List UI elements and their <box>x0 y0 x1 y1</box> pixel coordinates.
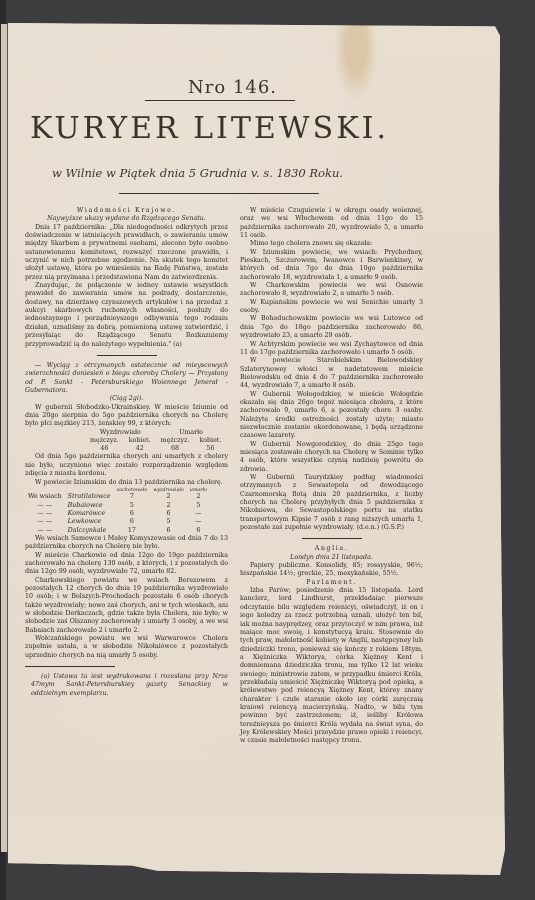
died-count: — <box>187 518 210 526</box>
died-count: 2 <box>187 493 210 501</box>
masthead-rule-top <box>145 100 295 101</box>
row-prefix: — — <box>25 518 65 526</box>
died-count: 6 <box>187 527 210 535</box>
table-row: We wsiach Stratilatowce 7 2 2 <box>25 493 210 501</box>
stats-subheader: mężczyz. <box>85 437 124 445</box>
paragraph: W powiecie Starobielskim Bielowodskiey S… <box>240 357 423 390</box>
paragraph: Wołczańskiego powiatu we wsi Warwarowce … <box>25 635 228 660</box>
izium-stats-table: Wyzdrowiało Umarło mężczyz. kobiet. mężc… <box>85 429 226 454</box>
paragraph: W Gubernii Wołogodzkiey, w mieście Wołog… <box>240 391 423 441</box>
cholera-report-intro: — Wyciąg z otrzymanych ostatecznie od mi… <box>25 362 228 395</box>
village-name: Lewkowce <box>65 518 114 526</box>
table-row: — — Lewkowce 6 5 — <box>25 518 210 526</box>
stats-value: 46 <box>85 445 124 453</box>
died-count: — <box>187 510 210 518</box>
stats-group-header: Wyzdrowiało <box>85 429 156 437</box>
parliament-text: Izba Parów; posiedzenie dnia 15 listopad… <box>240 587 423 746</box>
paragraph: We wsiach Samowce i Małey Komyszewasie o… <box>25 535 228 552</box>
masthead-rule-bottom <box>119 193 319 194</box>
stats-value: 42 <box>124 445 156 453</box>
paragraph: W Iziumskim powiecie, we wsiach: Prychod… <box>240 249 423 282</box>
row-prefix: — — <box>25 510 65 518</box>
paragraph: W mieście Czuguiewie i w okręgu osady wo… <box>240 207 423 240</box>
paragraph: Znaydując, że połączenie w iedney ustawi… <box>25 282 228 349</box>
section-title-england: Anglia. <box>240 545 423 553</box>
section-title-domestic-news: Wiadomości Krajowe. <box>25 207 228 215</box>
senate-decrees-subtitle: Naywyższe ukazy wydane do Rządzącego Sen… <box>25 215 228 223</box>
stats-subheader: kobiet. <box>194 437 226 445</box>
died-count: 5 <box>187 502 210 510</box>
dateline: w Wilnie w Piątek dnia 5 Grudnia v. s. 1… <box>52 166 343 180</box>
paragraph: W mieście Charkowie od dnia 12go do 19go… <box>25 552 228 577</box>
row-prefix: — — <box>25 527 65 535</box>
village-name: Stratilatowce <box>65 493 114 501</box>
paragraph: Charkowskiego powiatu we wsiach Berezowe… <box>25 577 228 635</box>
paragraph: W Achtyrskim powiecie we wsi Zychaytowce… <box>240 341 423 358</box>
paragraph: W gubernii Słobodzko-Ukraińskiey. W mieś… <box>25 404 228 429</box>
separator <box>97 355 157 356</box>
sick-count: 6 <box>114 510 151 518</box>
recovered-count: 5 <box>150 518 187 526</box>
paragraph: Dnia 17 października: „Dla niedogodności… <box>25 224 228 282</box>
stats-subheader: kobiet. <box>124 437 156 445</box>
footnote: (a) Ustawa ta iest wydrukowana i rozesła… <box>25 673 228 698</box>
sick-count: 6 <box>114 518 151 526</box>
newspaper-page: Nro 146. KURYER LITEWSKI. w Wilnie w Pią… <box>8 23 505 875</box>
recovered-count: 2 <box>150 493 187 501</box>
separator <box>302 538 362 539</box>
row-prefix: — — <box>25 502 65 510</box>
table-row: — — Dalczynkale 17 6 6 <box>25 527 210 535</box>
paragraph: W Charkowskim powiecie we wsi Osnowie za… <box>240 282 423 299</box>
table-row: — — Bubaiowce 5 2 5 <box>25 502 210 510</box>
footnote-separator <box>25 666 115 667</box>
london-dateline: Londyn dnia 21 listopada. <box>240 554 423 562</box>
village-name: Dalczynkale <box>65 527 114 535</box>
sick-count: 7 <box>114 493 151 501</box>
stats-group-header: Umarło <box>156 429 227 437</box>
issue-number: Nro 146. <box>188 77 277 98</box>
continuation-note: (Ciąg 2gi). <box>25 395 228 403</box>
paragraph: W Gubernii Nowgorodzkiey, do dnia 25go t… <box>240 441 423 474</box>
parliament-title: Parlament. <box>240 579 423 587</box>
right-column: W mieście Czuguiewie i w okręgu osady wo… <box>240 207 423 746</box>
paragraph: W Kupiańskim powiecie we wsi Senichie um… <box>240 299 423 316</box>
paragraph: W Gubernii Taurydzkiey podług wiadomości… <box>240 474 423 532</box>
villages-table: zachorowało wyzdrowiało umarło We wsiach… <box>25 488 210 535</box>
paragraph: Mimo tego cholera znowu się okazała: <box>240 240 423 248</box>
paragraph: W powiecie Iziumskim do dnia 13 paździer… <box>25 479 228 487</box>
stats-subheader: mężczyz. <box>156 437 195 445</box>
village-name: Bubaiowce <box>65 502 114 510</box>
paper-prices: Papiery publiczne. Konsolidy, 85; rossyy… <box>240 562 423 579</box>
binding-edge <box>1 24 8 852</box>
stats-value: 68 <box>156 445 195 453</box>
table-row: — — Komarówce 6 6 — <box>25 510 210 518</box>
recovered-count: 6 <box>150 510 187 518</box>
newspaper-title: KURYER LITEWSKI. <box>30 111 389 146</box>
stats-value: 56 <box>194 445 226 453</box>
recovered-count: 2 <box>150 502 187 510</box>
left-column: Wiadomości Krajowe. Naywyższe ukazy wyda… <box>25 207 228 698</box>
paragraph: W Bohoduchowskim powiecie we wsi Lutowce… <box>240 315 423 340</box>
row-prefix: We wsiach <box>25 493 65 501</box>
sick-count: 17 <box>114 527 151 535</box>
recovered-count: 6 <box>150 527 187 535</box>
village-name: Komarówce <box>65 510 114 518</box>
sick-count: 5 <box>114 502 151 510</box>
paragraph: Od dnia 5go października chorych ani uma… <box>25 453 228 478</box>
